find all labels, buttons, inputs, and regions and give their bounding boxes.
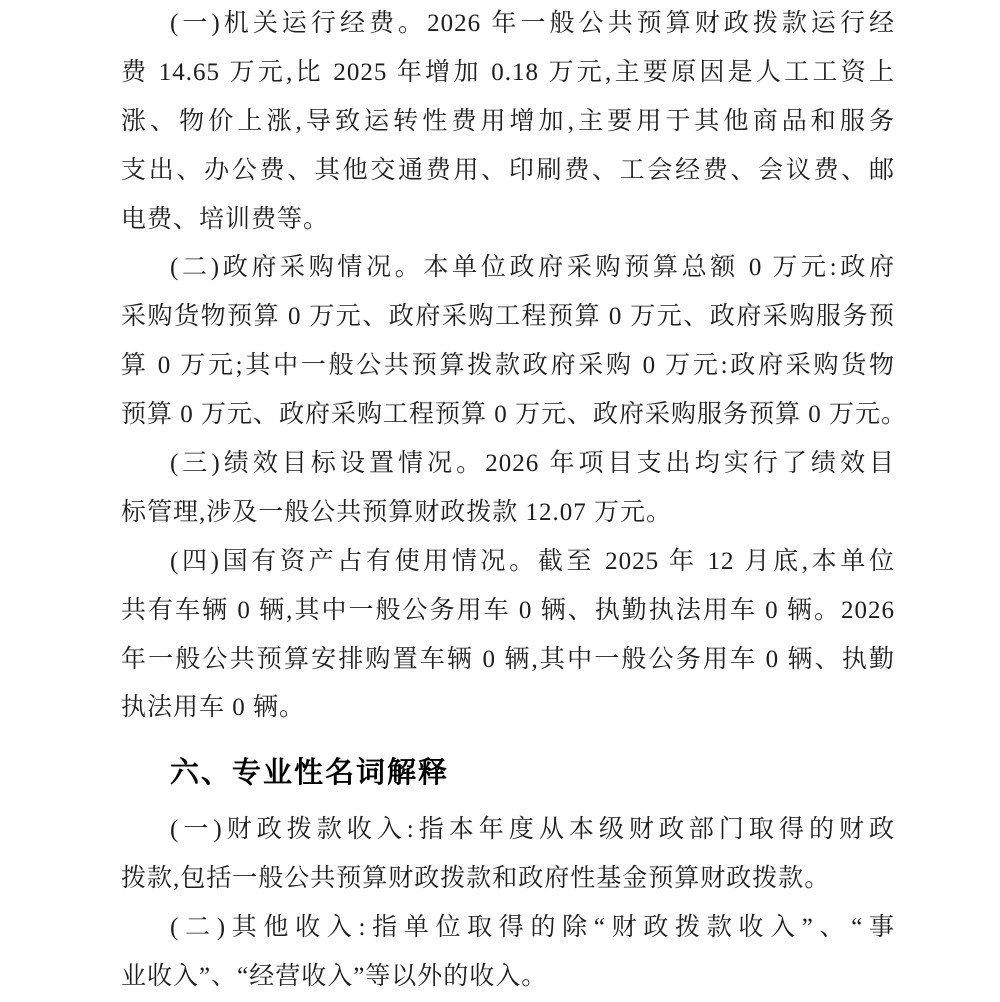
document-page: { "page": { "background_color": "#ffffff… bbox=[0, 0, 1000, 1002]
document-body: (一)机关运行经费。2026 年一般公共预算财政拨款运行经 费 14.65 万元… bbox=[121, 0, 895, 1002]
paragraph-line: 支出、办公费、其他交通费用、印刷费、工会经费、会议费、邮 bbox=[121, 147, 895, 196]
paragraph-line: (三)绩效目标设置情况。2026 年项目支出均实行了绩效目 bbox=[121, 440, 895, 489]
paragraph-line: 拨款,包括一般公共预算财政拨款和政府性基金预算财政拨款。 bbox=[121, 855, 895, 904]
paragraph-line: 采购货物预算 0 万元、政府采购工程预算 0 万元、政府采购服务预 bbox=[121, 293, 895, 342]
paragraph-line: 涨、物价上涨,导致运转性费用增加,主要用于其他商品和服务 bbox=[121, 98, 895, 147]
paragraph-line: 共有车辆 0 辆,其中一般公务用车 0 辆、执勤执法用车 0 辆。2026 bbox=[121, 587, 895, 636]
paragraph-line: 业收入”、“经营收入”等以外的收入。 bbox=[121, 953, 895, 1002]
paragraph-line: (二)政府采购情况。本单位政府采购预算总额 0 万元:政府 bbox=[121, 244, 895, 293]
paragraph-line: 电费、培训费等。 bbox=[121, 196, 895, 245]
paragraph-line: 算 0 万元;其中一般公共预算拨款政府采购 0 万元:政府采购货物 bbox=[121, 342, 895, 391]
paragraph-line: 执法用车 0 辆。 bbox=[121, 684, 895, 733]
paragraph-line: (二)其他收入:指单位取得的除“财政拨款收入”、“事 bbox=[121, 904, 895, 953]
section-six-heading: 六、专业性名词解释 bbox=[121, 749, 895, 798]
paragraph-line: 年一般公共预算安排购置车辆 0 辆,其中一般公务用车 0 辆、执勤 bbox=[121, 636, 895, 685]
paragraph-line: (四)国有资产占有使用情况。截至 2025 年 12 月底,本单位 bbox=[121, 538, 895, 587]
paragraph-line: 标管理,涉及一般公共预算财政拨款 12.07 万元。 bbox=[121, 489, 895, 538]
paragraph-line: 费 14.65 万元,比 2025 年增加 0.18 万元,主要原因是人工工资上 bbox=[121, 49, 895, 98]
paragraph-line: (一)财政拨款收入:指本年度从本级财政部门取得的财政 bbox=[121, 806, 895, 855]
paragraph-line: (一)机关运行经费。2026 年一般公共预算财政拨款运行经 bbox=[121, 0, 895, 49]
paragraph-line: 预算 0 万元、政府采购工程预算 0 万元、政府采购服务预算 0 万元。 bbox=[121, 391, 895, 440]
